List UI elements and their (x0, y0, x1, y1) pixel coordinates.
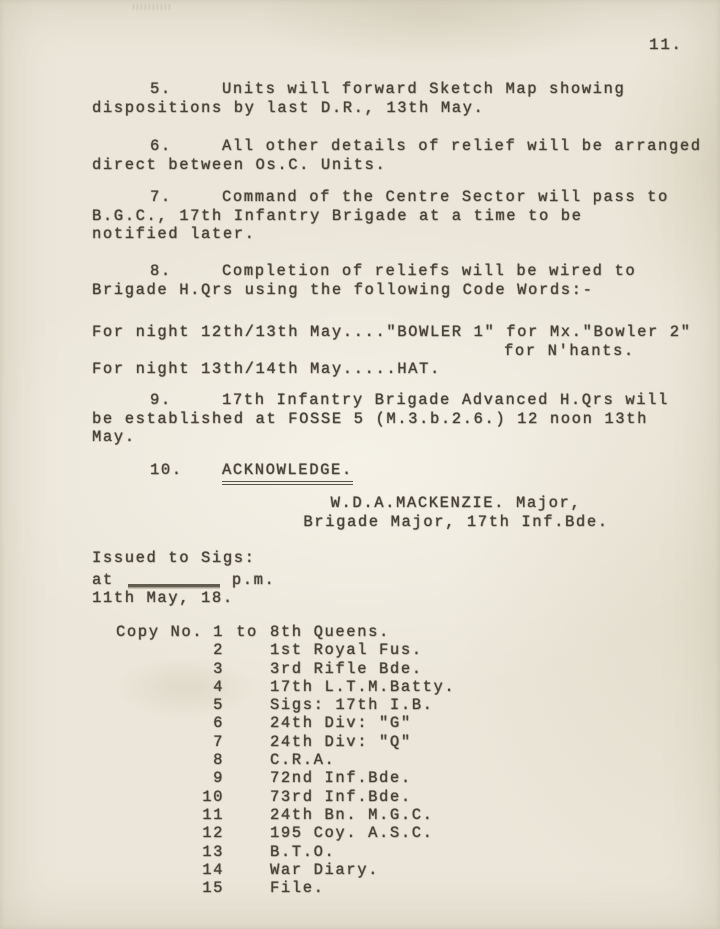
copy-recipient: 24th Bn. M.G.C. (270, 806, 434, 824)
issued-time-line: atp.m. (92, 568, 275, 590)
signature-title-line: Brigade Major, 17th Inf.Bde. (300, 513, 612, 532)
copy-number: 9 (202, 769, 224, 787)
copy-row: 8C.R.A. (116, 751, 455, 769)
copy-recipient: 24th Div: "G" (270, 714, 412, 732)
copy-number: 10 (202, 788, 224, 806)
copy-number: 14 (202, 861, 224, 879)
copy-recipient: 73rd Inf.Bde. (270, 788, 412, 806)
copy-row: 21st Royal Fus. (116, 641, 455, 659)
at-label: at (92, 571, 114, 589)
copy-number: 5 (202, 696, 224, 714)
copy-number: 6 (202, 714, 224, 732)
copy-row: 1073rd Inf.Bde. (116, 788, 455, 806)
distribution-list: Copy No.1to8th Queens. 21st Royal Fus. 3… (116, 623, 455, 897)
copy-row: Copy No.1to8th Queens. (116, 623, 455, 641)
paragraph-number: 7. (150, 188, 172, 207)
pencil-scribble-mark (133, 4, 171, 10)
paragraph-5: 5. Units will forward Sketch Map showing… (92, 80, 714, 117)
page-number: 11. (649, 36, 683, 55)
paragraph-number: 10. (150, 461, 183, 480)
paragraph-text: All other details of relief will be arra… (92, 137, 714, 174)
blank-time-underline (128, 571, 220, 587)
copy-to-label: to (224, 623, 270, 641)
copy-row: 14War Diary. (116, 861, 455, 879)
signature-block: W.D.A.MACKENZIE. Major, Brigade Major, 1… (300, 494, 612, 531)
copy-number: 15 (202, 879, 224, 897)
code-words-block: For night 12th/13th May...."BOWLER 1" fo… (92, 323, 714, 379)
document-page: 11. 5. Units will forward Sketch Map sho… (0, 0, 720, 929)
paragraph-number: 8. (150, 262, 172, 281)
code-word-line-3: For night 13th/14th May.....HAT. (92, 360, 714, 379)
paragraph-text: 17th Infantry Brigade Advanced H.Qrs wil… (92, 391, 714, 447)
pm-label: p.m. (232, 571, 276, 589)
copy-number: 11 (202, 806, 224, 824)
copy-recipient: 195 Coy. A.S.C. (270, 824, 434, 842)
paragraph-6: 6. All other details of relief will be a… (92, 137, 714, 174)
copy-recipient: Sigs: 17th I.B. (270, 696, 434, 714)
copy-row: 12195 Coy. A.S.C. (116, 824, 455, 842)
paragraph-10-acknowledge: 10. ACKNOWLEDGE. (92, 461, 714, 485)
copy-number: 12 (202, 824, 224, 842)
issued-date-line: 11th May, 18. (92, 589, 275, 608)
paragraph-number: 5. (150, 80, 172, 99)
copy-recipient: War Diary. (270, 861, 379, 879)
signature-name-line: W.D.A.MACKENZIE. Major, (300, 494, 612, 513)
copy-number: 3 (202, 660, 224, 678)
copy-recipient: C.R.A. (270, 751, 335, 769)
copy-recipient: 24th Div: "Q" (270, 733, 412, 751)
copy-recipient: B.T.O. (270, 843, 335, 861)
copy-number: 8 (202, 751, 224, 769)
copy-number: 13 (202, 843, 224, 861)
copy-number: 7 (202, 733, 224, 751)
paragraph-text: Command of the Centre Sector will pass t… (92, 188, 714, 244)
copy-row: 1124th Bn. M.G.C. (116, 806, 455, 824)
paragraph-text: Units will forward Sketch Map showing di… (92, 80, 714, 117)
copy-row: 972nd Inf.Bde. (116, 769, 455, 787)
copy-recipient: 3rd Rifle Bde. (270, 660, 423, 678)
issued-to-sigs-line: Issued to Sigs: (92, 549, 275, 568)
paragraph-9: 9. 17th Infantry Brigade Advanced H.Qrs … (92, 391, 714, 447)
copy-row: 13B.T.O. (116, 843, 455, 861)
copy-recipient: 72nd Inf.Bde. (270, 769, 412, 787)
copy-row: 624th Div: "G" (116, 714, 455, 732)
copy-number: 1 (202, 623, 224, 641)
copy-row: 724th Div: "Q" (116, 733, 455, 751)
copy-row: 15File. (116, 879, 455, 897)
copy-number: 4 (202, 678, 224, 696)
copy-number: 2 (202, 641, 224, 659)
paragraph-text: Completion of reliefs will be wired to B… (92, 262, 714, 299)
copy-recipient: 8th Queens. (270, 623, 390, 641)
code-word-line-2: for N'hants. (504, 342, 714, 361)
paragraph-7: 7. Command of the Centre Sector will pas… (92, 188, 714, 244)
copy-recipient: 17th L.T.M.Batty. (270, 678, 455, 696)
paragraph-8: 8. Completion of reliefs will be wired t… (92, 262, 714, 299)
acknowledge-underlined-text: ACKNOWLEDGE. (222, 461, 353, 485)
copy-row: 5Sigs: 17th I.B. (116, 696, 455, 714)
copy-row: 33rd Rifle Bde. (116, 660, 455, 678)
paragraph-number: 6. (150, 137, 172, 156)
copy-recipient: File. (270, 879, 325, 897)
issued-block: Issued to Sigs: atp.m. 11th May, 18. (92, 549, 275, 608)
copy-row: 417th L.T.M.Batty. (116, 678, 455, 696)
copy-recipient: 1st Royal Fus. (270, 641, 423, 659)
paragraph-number: 9. (150, 391, 172, 410)
code-word-line-1: For night 12th/13th May...."BOWLER 1" fo… (92, 323, 714, 342)
copy-list-label: Copy No. (116, 623, 202, 641)
